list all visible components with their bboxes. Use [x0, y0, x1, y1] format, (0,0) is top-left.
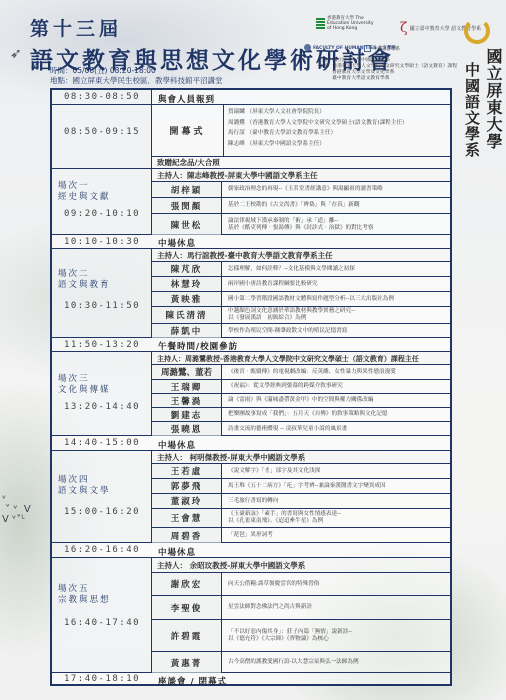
presenter-name: 王瑞卿: [152, 380, 222, 393]
swallow-icon: ➶: [10, 46, 22, 62]
row-session-2: 場次二 語文與教育 10:30-11:50 主持人：馬行誼教授-臺中教育大學語文…: [52, 249, 450, 338]
session-1-title: 場次一 經史與文獻: [58, 181, 111, 203]
paper-topic-line: 「不以好惡內傷其身」：莊子內篇「無情」說新詮--: [228, 629, 446, 636]
row-break-3: 16:20-16:40 中場休息: [52, 543, 450, 558]
paper-row: 董淑玲 三毛旅行書寫的轉向: [152, 494, 450, 509]
paper-topic-line: 以《德充符》《大宗師》《齊物論》為核心: [228, 636, 446, 643]
organizer-co-3: 臺中教育大學語文教育學系: [318, 76, 457, 82]
session-2-host: 主持人：馬行誼教授-臺中教育大學語文教育學系主任: [152, 249, 450, 262]
break-3-label: 中場休息: [158, 546, 196, 558]
registration-time: 08:30-08:50: [52, 92, 152, 102]
session-4-time: 15:00-16:20: [52, 507, 152, 517]
side-title-university: 國立屏東大學: [482, 48, 505, 150]
row-opening: 08:50-09:15 開幕式 賀瑞麟 （屏東大學人文社會學院院長） 周潞鷺 （…: [52, 105, 450, 169]
row-registration: 08:30-08:50 與會人員報到: [52, 90, 450, 105]
paper-row: 張閔顏 基於二王校勘的《古文尚書》「辨偽」與「存真」新觀: [152, 198, 450, 214]
session-4-theme: 語文與文學: [58, 486, 111, 497]
paper-topic: 向天公借糧:談草嶺慶雲宮的特殊習俗: [228, 573, 446, 595]
row-closing: 17:40-18:10 座談會 / 閉幕式: [52, 673, 450, 686]
organizers-list: 主辦：國立屏東大學中國語文學系 合辦：香港教育大學人文學院中文研究文學碩士（語文…: [318, 58, 457, 82]
paper-topic: 古今高僧的護教愛國行誼-以大慧宗杲與弘一法師為例: [228, 652, 446, 673]
paper-topic-line: 論《雷雨》與《滿城盡帶黃金甲》中的空間與權力關係改編: [228, 397, 446, 404]
paper-topic: 儒家政治理念的再現--《玉茗堂書經講意》與湯顯祖的讀書策略: [228, 182, 446, 197]
paper-topic: 兩岸國小唐詩教育課程綱要比較研究: [228, 277, 446, 291]
paper-topic-line: 基於《酷吏列傳‧張湯傳》與《封診式‧治獄》的對比考察: [228, 225, 446, 232]
side-title-department: 中國語文學系: [462, 62, 483, 158]
paper-topic: 星雲法師對念佛法門之尚古與新詮: [228, 596, 446, 619]
paper-topic: 基於二王校勘的《古文尚書》「辨偽」與「存真」新觀: [228, 198, 446, 213]
session-1-theme: 經史與文獻: [58, 192, 111, 203]
presenter-name: 胡梓穎: [152, 182, 222, 197]
paper-topic-line: 古今高僧的護教愛國行誼-以大慧宗杲與弘一法師為例: [228, 659, 446, 666]
paper-topic: 詩畫交流的藝術體現 -- 凌叔華兒童小說的風景畫: [228, 422, 446, 436]
row-break-2: 14:40-15:00 中場休息: [52, 436, 450, 451]
paper-row: 張曉恩 詩畫交流的藝術體現 -- 凌叔華兒童小說的風景畫: [152, 422, 450, 436]
presenter-name: 張閔顏: [152, 198, 222, 213]
paper-topic: 把樂團故事寫成「我們」：五月天《自傳》的敘事策略與文化記憶: [228, 408, 446, 421]
paper-topic: 《後宮‧甄嬛傳》的電視劇改編：反英雌、女性暴力與異性戀浪漫愛: [228, 365, 446, 379]
presenter-name: 王馨渦: [152, 394, 222, 407]
humanities-logo-mark: [304, 44, 311, 51]
presenter-name: 周碧香: [152, 528, 222, 543]
session-4-host: 主持人： 柯明傑教授-屏東大學中國語文學系: [152, 451, 450, 464]
presenter-name: 王會慧: [152, 509, 222, 527]
session-5-theme: 宗教與思想: [58, 595, 111, 606]
paper-row: 李聖俊 星雲法師對念佛法門之尚古與新詮: [152, 596, 450, 620]
eduhk-logo-mark: [316, 18, 325, 29]
paper-topic-line: 星雲法師對念佛法門之尚古與新詮: [228, 604, 446, 611]
session-2-time: 10:30-11:50: [52, 301, 152, 311]
presenter-name: 郭夢飛: [152, 479, 222, 493]
row-session-5: 場次五 宗教與思想 16:40-17:40 主持人： 余昭玟教授-屏東大學中國語…: [52, 558, 450, 673]
paper-topic-line: 把樂團故事寫成「我們」：五月天《自傳》的敘事策略與文化記憶: [228, 411, 446, 418]
paper-row: 胡梓穎 儒家政治理念的再現--《玉茗堂書經講意》與湯顯祖的讀書策略: [152, 182, 450, 198]
paper-row: 林慧玲 兩岸國小唐詩教育課程綱要比較研究: [152, 277, 450, 292]
paper-row: 許碧霞 「不以好惡內傷其身」：莊子內篇「無情」說新詮--以《德充符》《大宗師》《…: [152, 620, 450, 652]
paper-row: 陳氏清清 中越顏色詞文化意涵於華語教材與教學實務之研究--以《發展漢語 初級綜合…: [152, 307, 450, 324]
session-3-theme: 文化與傳媒: [58, 385, 111, 396]
ntcu-logo-mark: ζ: [400, 26, 408, 31]
presenter-name: 林慧玲: [152, 277, 222, 291]
session-3-time: 13:20-14:40: [52, 402, 152, 412]
chinese-dept-logo: 中國語言學系: [364, 45, 400, 52]
paper-row: 陳芃欣 怎樣理解，如何詮釋？--文化基模與文學閱讀之初探: [152, 262, 450, 277]
paper-row: 王若虛 《說文解字》「豸」部字及其文化浅探: [152, 464, 450, 479]
paper-topic: 論法律視域下漢承秦制的「術」承「道」離--基於《酷吏列傳‧張湯傳》與《封診式‧治…: [228, 214, 446, 235]
lunch-time: 11:50-13:20: [52, 340, 152, 350]
row-session-4: 場次四 語文與文學 15:00-16:20 主持人： 柯明傑教授-屏東大學中國語…: [52, 451, 450, 543]
paper-row: 周潞鷺、董若 《後宮‧甄嬛傳》的電視劇改編：反英雌、女性暴力與異性戀浪漫愛: [152, 365, 450, 380]
break-3-time: 16:20-16:40: [52, 545, 152, 555]
closing-label: 座談會 / 閉幕式: [158, 675, 227, 687]
registration-label: 與會人員報到: [158, 93, 215, 105]
paper-topic-line: 中越顏色詞文化意涵於華語教材與教學實務之研究--: [228, 308, 446, 315]
paper-topic: 三毛旅行書寫的轉向: [228, 494, 446, 508]
row-session-1: 場次一 經史與文獻 09:20-10:10 主持人：陳志峰教授-屏東大學中國語文…: [52, 169, 450, 235]
paper-topic-line: 《後宮‧甄嬛傳》的電視劇改編：反英雌、女性暴力與異性戀浪漫愛: [228, 369, 446, 376]
paper-row: 黃惠菁 古今高僧的護教愛國行誼-以大慧宗杲與弘一法師為例: [152, 652, 450, 673]
event-info: 時間：05/08(五) 08:20-18:00 地點：國立屏東大學民生校區．教學…: [50, 66, 223, 86]
presenter-name: 董淑玲: [152, 494, 222, 508]
session-5-time: 16:40-17:40: [52, 618, 152, 628]
paper-topic: 論《雷雨》與《滿城盡帶黃金甲》中的空間與權力關係改編: [228, 394, 446, 407]
time-cell: [52, 249, 152, 337]
chinese-dept-logo-text: 中國語言學系: [373, 47, 400, 52]
opening-photo: 致贈紀念品/大合照: [152, 156, 450, 168]
paper-topic-line: 《說文解字》「豸」部字及其文化浅探: [228, 468, 446, 475]
paper-topic: 國小第二學習階段國語教材文體與寫作題型分析--以三大出版社為例: [228, 292, 446, 306]
closing-time: 17:40-18:10: [52, 674, 152, 684]
session-1-time: 09:20-10:10: [52, 209, 152, 219]
paper-topic-line: 馬王堆《五十二病方》「疕」字考辨--兼論秦漢醫書文字變異成因: [228, 483, 446, 490]
paper-topic-line: 學校作為殖民空間-鍾肇政散文中的殖民記憶書寫: [228, 328, 446, 335]
session-2-title: 場次二 語文與教育: [58, 269, 111, 291]
paper-topic-line: 《玉臺新詠》「素手」的書寫與女性情感表達--: [228, 511, 446, 518]
lunch-label: 午餐時間/校園參訪: [158, 340, 238, 352]
paper-topic-line: 基於二王校勘的《古文尚書》「辨偽」與「存真」新觀: [228, 202, 446, 209]
paper-topic-line: 兩岸國小唐詩教育課程綱要比較研究: [228, 281, 446, 288]
break-2-label: 中場休息: [158, 439, 196, 451]
paper-topic: 中越顏色詞文化意涵於華語教材與教學實務之研究--以《發展漢語 初級綜合》為例: [228, 307, 446, 323]
presenter-name: 陳芃欣: [152, 262, 222, 276]
paper-topic: 「不以好惡內傷其身」：莊子內篇「無情」說新詮--以《德充符》《大宗師》《齊物論》…: [228, 620, 446, 651]
session-2-theme: 語文與教育: [58, 280, 111, 291]
row-session-3: 場次三 文化與傳媒 13:20-14:40 主持人：周潞鷺教授-香港教育大學人文…: [52, 352, 450, 436]
npu-logo-icon: [464, 18, 490, 44]
paper-row: 謝欣宏 向天公借糧:談草嶺慶雲宮的特殊習俗: [152, 573, 450, 596]
opening-time: 08:50-09:15: [52, 127, 152, 137]
session-5-title: 場次五 宗教與思想: [58, 584, 111, 606]
paper-topic-line: 三毛旅行書寫的轉向: [228, 498, 446, 505]
presenter-name: 許碧霞: [152, 620, 222, 651]
event-venue: 地點：國立屏東大學民生校區．教學科技館平沼講堂: [50, 76, 223, 86]
paper-topic: 學校作為殖民空間-鍾肇政散文中的殖民記憶書寫: [228, 324, 446, 338]
time-cell: [52, 558, 152, 672]
break-1-label: 中場休息: [158, 237, 196, 249]
paper-topic-line: 儒家政治理念的再現--《玉茗堂書經講意》與湯顯祖的讀書策略: [228, 186, 446, 193]
paper-topic: 《說文解字》「豸」部字及其文化浅探: [228, 464, 446, 478]
paper-row: 王瑞卿 《祝福》：從文學經典到螢幕的跨媒介敘事研究: [152, 380, 450, 394]
paper-topic-line: 詩畫交流的藝術體現 -- 凌叔華兒童小說的風景畫: [228, 426, 446, 433]
paper-topic-line: 「琵琶」異形詞考: [228, 532, 446, 539]
opening-speaker: 周潞鷺 （香港教育大學人文學院中文研究文學碩士(語文教育)課程主任）: [228, 118, 408, 129]
session-3-title: 場次三 文化與傳媒: [58, 374, 111, 396]
eduhk-logo-text: 香港教育大學 The Education University of Hong …: [327, 16, 375, 31]
paper-topic: 《祝福》：從文學經典到螢幕的跨媒介敘事研究: [228, 380, 446, 393]
paper-row: 周碧香 「琵琶」異形詞考: [152, 528, 450, 543]
opening-label: 開幕式: [152, 105, 224, 156]
presenter-name: 周潞鷺、董若: [152, 365, 222, 379]
session-4-number: 場次四: [58, 475, 111, 486]
paper-topic: 「琵琶」異形詞考: [228, 528, 446, 543]
session-4-title: 場次四 語文與文學: [58, 475, 111, 497]
paper-row: 黃映雅 國小第二學習階段國語教材文體與寫作題型分析--以三大出版社為例: [152, 292, 450, 307]
break-1-time: 10:10-10:30: [52, 237, 152, 247]
opening-speaker: 陳志峰 （屏東大學中國語文學系主任）: [228, 139, 408, 150]
session-5-host: 主持人： 余昭玟教授-屏東大學中國語文學系: [152, 558, 450, 573]
session-1-number: 場次一: [58, 181, 111, 192]
opening-speakers: 賀瑞麟 （屏東大學人文社會學院院長） 周潞鷺 （香港教育大學人文學院中文研究文學…: [228, 107, 408, 149]
paper-row: 郭夢飛 馬王堆《五十二病方》「疕」字考辨--兼論秦漢醫書文字變異成因: [152, 479, 450, 494]
paper-topic-line: 國小第二學習階段國語教材文體與寫作題型分析--以三大出版社為例: [228, 296, 446, 303]
flying-birds-icon: ᵛ ˅ ᵛ VV ᵛ˅ᴸ: [2, 495, 31, 525]
presenter-name: 張曉恩: [152, 422, 222, 436]
paper-topic-line: 《祝福》：從文學經典到螢幕的跨媒介敘事研究: [228, 383, 446, 390]
paper-topic: 馬王堆《五十二病方》「疕」字考辨--兼論秦漢醫書文字變異成因: [228, 479, 446, 493]
paper-topic-line: 怎樣理解，如何詮釋？--文化基模與文學閱讀之初探: [228, 266, 446, 273]
opening-speaker: 馬行誼 （臺中教育大學語文教育學系主任）: [228, 128, 408, 139]
paper-topic: 怎樣理解，如何詮釋？--文化基模與文學閱讀之初探: [228, 262, 446, 276]
presenter-name: 李聖俊: [152, 596, 222, 619]
row-break-1: 10:10-10:30 中場休息: [52, 235, 450, 249]
session-3-number: 場次三: [58, 374, 111, 385]
presenter-name: 陳氏清清: [152, 307, 222, 323]
session-5-number: 場次五: [58, 584, 111, 595]
paper-row: 陳世松 論法律視域下漢承秦制的「術」承「道」離--基於《酷吏列傳‧張湯傳》與《封…: [152, 214, 450, 235]
presenter-name: 王若虛: [152, 464, 222, 478]
chinese-dept-logo-mark: [364, 45, 371, 52]
presenter-name: 陳世松: [152, 214, 222, 235]
paper-topic: 《玉臺新詠》「素手」的書寫與女性情感表達--以《孔雀東南飛》、《迢迢牽牛星》為例: [228, 509, 446, 527]
paper-row: 王馨渦 論《雷雨》與《滿城盡帶黃金甲》中的空間與權力關係改編: [152, 394, 450, 408]
opening-speaker: 賀瑞麟 （屏東大學人文社會學院院長）: [228, 107, 408, 118]
session-2-number: 場次二: [58, 269, 111, 280]
schedule-table: 08:30-08:50 與會人員報到 08:50-09:15 開幕式 賀瑞麟 （…: [50, 88, 452, 686]
paper-row: 薛凱中 學校作為殖民空間-鍾肇政散文中的殖民記憶書寫: [152, 324, 450, 338]
row-lunch: 11:50-13:20 午餐時間/校園參訪: [52, 338, 450, 352]
paper-topic-line: 向天公借糧:談草嶺慶雲宮的特殊習俗: [228, 581, 446, 588]
break-2-time: 14:40-15:00: [52, 438, 152, 448]
presenter-name: 薛凱中: [152, 324, 222, 338]
presenter-name: 謝欣宏: [152, 573, 222, 595]
paper-topic-line: 論法律視域下漢承秦制的「術」承「道」離--: [228, 218, 446, 225]
presenter-name: 劉建志: [152, 408, 222, 421]
paper-topic-line: 以《發展漢語 初級綜合》為例: [228, 315, 446, 322]
eduhk-logo: 香港教育大學 The Education University of Hong …: [316, 16, 376, 31]
presenter-name: 黃惠菁: [152, 652, 222, 673]
presenter-name: 黃映雅: [152, 292, 222, 306]
paper-topic-line: 以《孔雀東南飛》、《迢迢牽牛星》為例: [228, 518, 446, 525]
paper-row: 劉建志 把樂團故事寫成「我們」：五月天《自傳》的敘事策略與文化記憶: [152, 408, 450, 422]
session-1-host: 主持人：陳志峰教授-屏東大學中國語文學系主任: [152, 169, 450, 182]
session-3-host: 主持人：周潞鷺教授-香港教育大學人文學院中文研究文學碩士（語文教育）課程主任: [152, 352, 450, 365]
paper-row: 王會慧 《玉臺新詠》「素手」的書寫與女性情感表達--以《孔雀東南飛》、《迢迢牽牛…: [152, 509, 450, 528]
event-time: 時間：05/08(五) 08:20-18:00: [50, 66, 223, 76]
